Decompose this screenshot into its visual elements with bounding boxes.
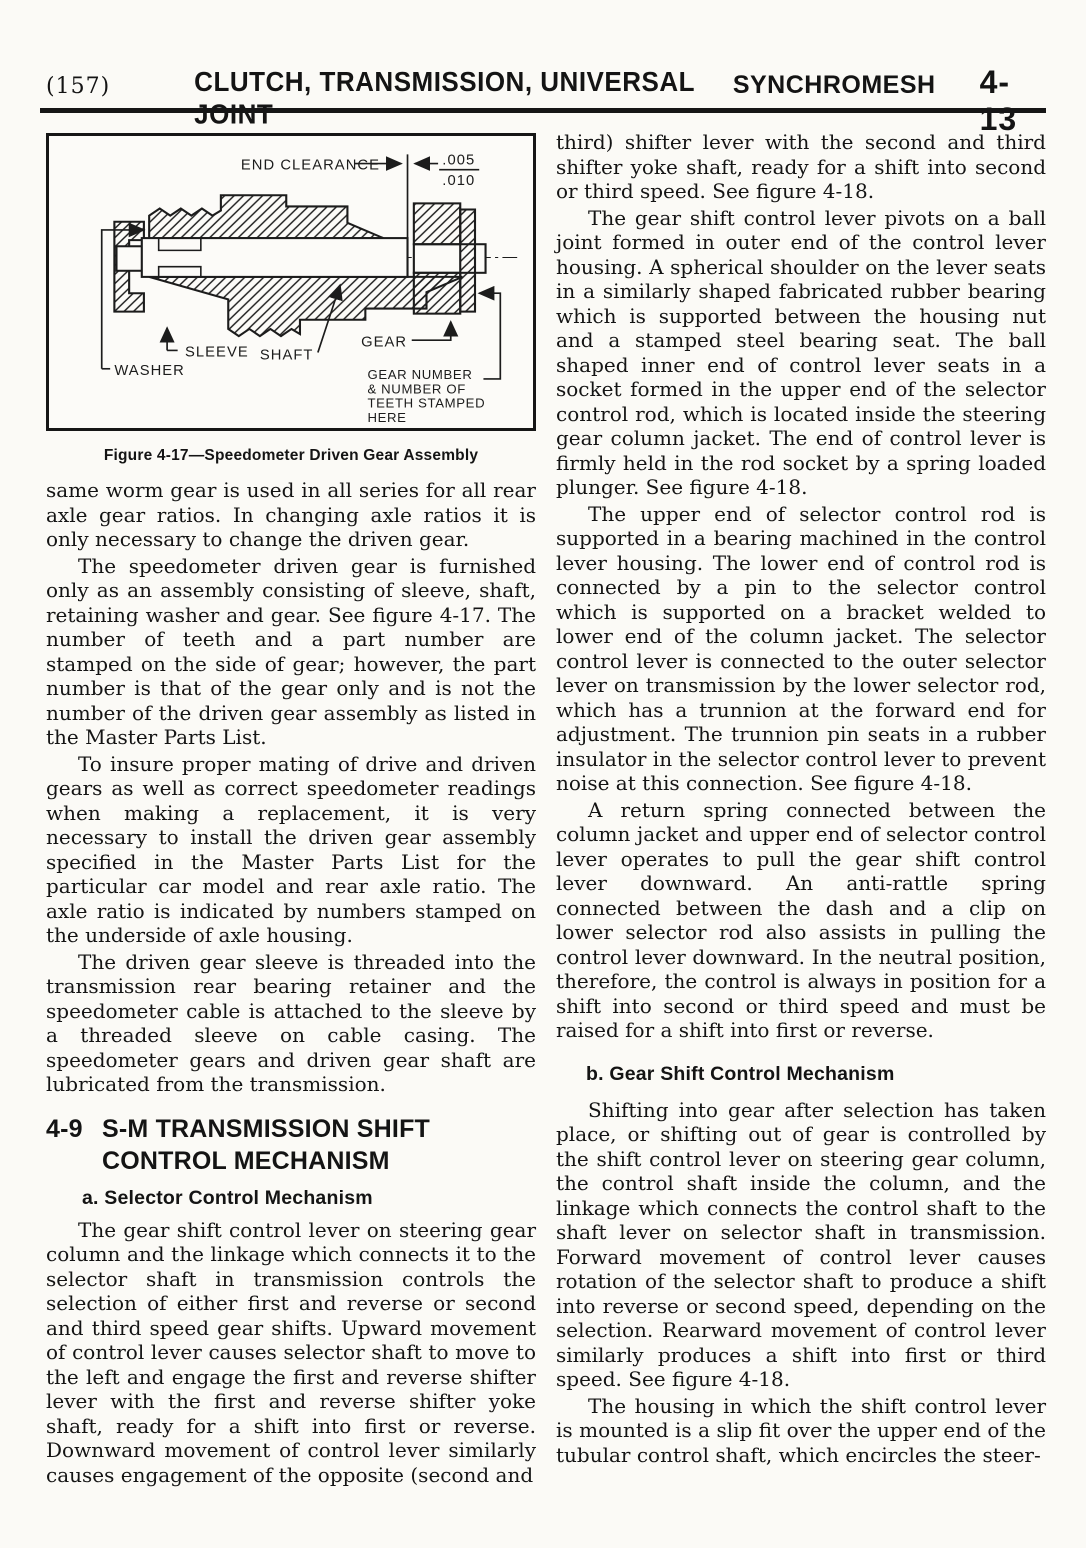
paragraph: The speedometer driven gear is furnished…: [46, 554, 536, 750]
svg-text:GEAR NUMBER: GEAR NUMBER: [367, 367, 472, 382]
page-header: (157) CLUTCH, TRANSMISSION, UNIVERSAL JO…: [46, 64, 1042, 138]
figure-label-gear-note: GEAR NUMBER & NUMBER OF TEETH STAMPED HE…: [367, 367, 485, 425]
section-heading-4-9: 4-9 S-M TRANSMISSION SHIFT CONTROL MECHA…: [46, 1113, 536, 1177]
figure-label-gear: GEAR: [361, 335, 407, 351]
figure-label-end-clearance: END CLEARANCE: [241, 158, 380, 174]
figure-label-shaft: SHAFT: [260, 348, 314, 364]
left-column-text-2: The gear shift control lever on steering…: [46, 1218, 536, 1488]
right-column-text-2: Shifting into gear after selection has t…: [556, 1098, 1046, 1468]
section-title: SYNCHROMESH: [733, 71, 936, 100]
right-column-text: third) shifter lever with the second and…: [556, 130, 1046, 1043]
svg-text:TEETH STAMPED: TEETH STAMPED: [367, 396, 485, 411]
svg-text:HERE: HERE: [367, 410, 406, 425]
left-column-text: same worm gear is used in all series for…: [46, 478, 536, 1097]
paragraph: The gear shift control lever pivots on a…: [556, 206, 1046, 500]
page-ref: (157): [46, 74, 110, 99]
svg-text:& NUMBER OF: & NUMBER OF: [367, 381, 465, 396]
paragraph: The upper end of selector control rod is…: [556, 502, 1046, 796]
right-column: third) shifter lever with the second and…: [556, 130, 1046, 1467]
manual-page: (157) CLUTCH, TRANSMISSION, UNIVERSAL JO…: [0, 0, 1086, 1548]
page-title: CLUTCH, TRANSMISSION, UNIVERSAL JOINT: [194, 66, 733, 131]
subsection-heading-b: b. Gear Shift Control Mechanism: [586, 1063, 1046, 1086]
figure-label-washer: WASHER: [114, 363, 185, 379]
figure-caption: Figure 4-17—Speedometer Driven Gear Asse…: [46, 447, 536, 465]
section-number: 4-9: [46, 1113, 102, 1177]
header-rule: [40, 108, 1046, 113]
page-number: 4-13: [980, 64, 1042, 138]
paragraph: third) shifter lever with the second and…: [556, 130, 1046, 204]
paragraph: A return spring connected between the co…: [556, 798, 1046, 1043]
subsection-heading-a: a. Selector Control Mechanism: [82, 1187, 536, 1210]
tolerance-lower: .010: [442, 173, 475, 189]
paragraph: To insure proper mating of drive and dri…: [46, 752, 536, 948]
figure-4-17: END CLEARANCE .005 .010 SLEEVE SHAFT WAS…: [46, 133, 536, 431]
paragraph: The gear shift control lever on steering…: [46, 1218, 536, 1488]
section-heading-text: S-M TRANSMISSION SHIFT CONTROL MECHANISM: [102, 1113, 430, 1177]
paragraph: Shifting into gear after selection has t…: [556, 1098, 1046, 1392]
paragraph: same worm gear is used in all series for…: [46, 478, 536, 552]
tolerance-upper: .005: [442, 153, 475, 169]
left-column: END CLEARANCE .005 .010 SLEEVE SHAFT WAS…: [46, 133, 536, 1487]
paragraph: The driven gear sleeve is threaded into …: [46, 950, 536, 1097]
speedometer-gear-diagram: END CLEARANCE .005 .010 SLEEVE SHAFT WAS…: [49, 136, 533, 428]
figure-label-sleeve: SLEEVE: [185, 345, 249, 361]
paragraph: The housing in which the shift control l…: [556, 1394, 1046, 1468]
